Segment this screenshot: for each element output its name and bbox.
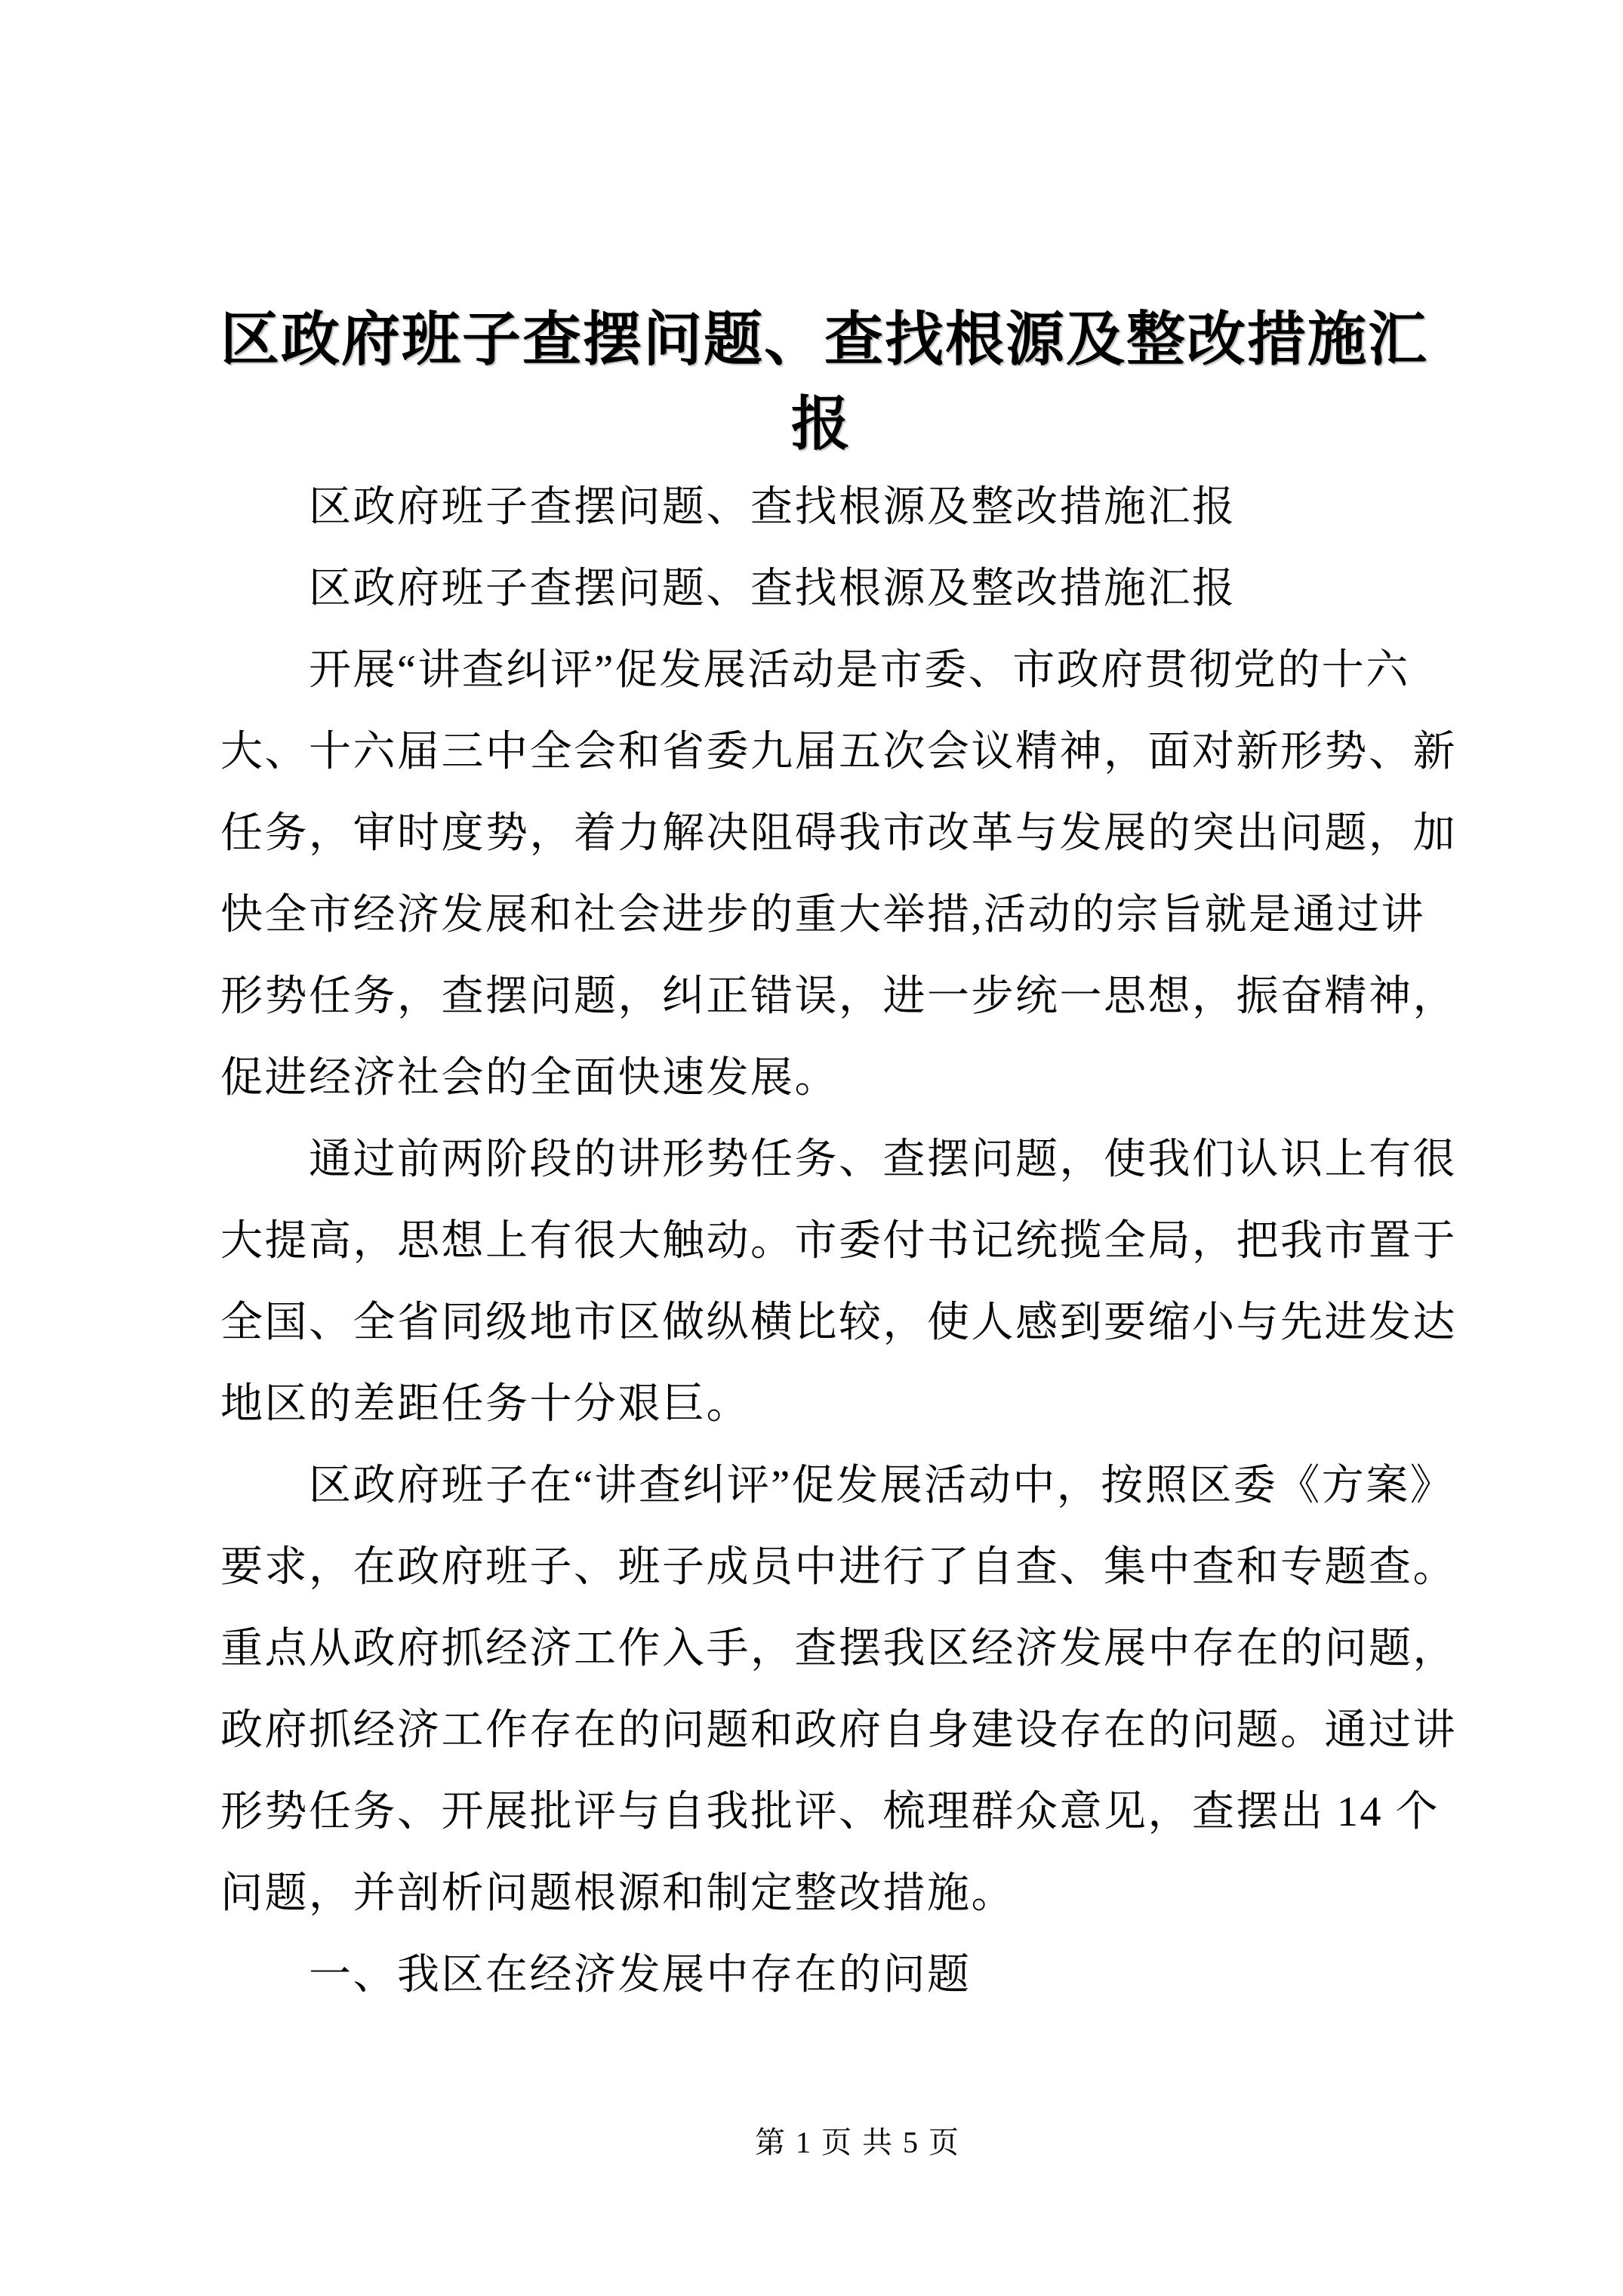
document-line: 大提高，思想上有很大触动。市委付书记统揽全局，把我市置于 [220, 1200, 1422, 1282]
document-line: 开展“讲查纠评”促发展活动是市委、市政府贯彻党的十六 [220, 630, 1422, 711]
document-line: 区政府班子查摆问题、查找根源及整改措施汇报 [220, 467, 1422, 548]
document-line: 通过前两阶段的讲形势任务、查摆问题，使我们认识上有很 [220, 1119, 1422, 1200]
document-line: 全国、全省同级地市区做纵横比较，使人感到要缩小与先进发达 [220, 1282, 1422, 1364]
document-line: 快全市经济发展和社会进步的重大举措,活动的宗旨就是通过讲 [220, 874, 1422, 956]
document-line: 区政府班子查摆问题、查找根源及整改措施汇报 [220, 548, 1422, 630]
document-page: 区政府班子查摆问题、查找根源及整改措施汇报 区政府班子查摆问题、查找根源及整改措… [0, 0, 1623, 2296]
document-line: 地区的差距任务十分艰巨。 [220, 1364, 1422, 1445]
document-line: 要求，在政府班子、班子成员中进行了自查、集中查和专题查。 [220, 1527, 1422, 1608]
document-line: 促进经济社会的全面快速发展。 [220, 1037, 1422, 1119]
document-line: 问题，并剖析问题根源和制定整改措施。 [220, 1853, 1422, 1934]
document-line: 形势任务、开展批评与自我批评、梳理群众意见，查摆出 14 个 [220, 1771, 1422, 1853]
document-line: 政府抓经济工作存在的问题和政府自身建设存在的问题。通过讲 [220, 1690, 1422, 1771]
document-line: 区政府班子在“讲查纠评”促发展活动中，按照区委《方案》 [220, 1445, 1422, 1527]
document-line: 大、十六届三中全会和省委九届五次会议精神，面对新形势、新 [220, 711, 1422, 793]
document-body: 区政府班子查摆问题、查找根源及整改措施汇报区政府班子查摆问题、查找根源及整改措施… [220, 467, 1422, 2016]
document-title-line: 区政府班子查摆问题、查找根源及整改措施汇 [220, 297, 1422, 382]
document-line: 一、我区在经济发展中存在的问题 [220, 1934, 1422, 2016]
document-title: 区政府班子查摆问题、查找根源及整改措施汇报 [220, 0, 1422, 467]
document-line: 任务，审时度势，着力解决阻碍我市改革与发展的突出问题，加 [220, 793, 1422, 874]
document-line: 形势任务，查摆问题，纠正错误，进一步统一思想，振奋精神， [220, 956, 1422, 1037]
document-line: 重点从政府抓经济工作入手，查摆我区经济发展中存在的问题， [220, 1608, 1422, 1690]
page-footer: 第 1 页 共 5 页 [220, 2119, 1495, 2162]
document-title-line: 报 [220, 382, 1422, 467]
page-number-text: 第 1 页 共 5 页 [755, 2125, 960, 2159]
